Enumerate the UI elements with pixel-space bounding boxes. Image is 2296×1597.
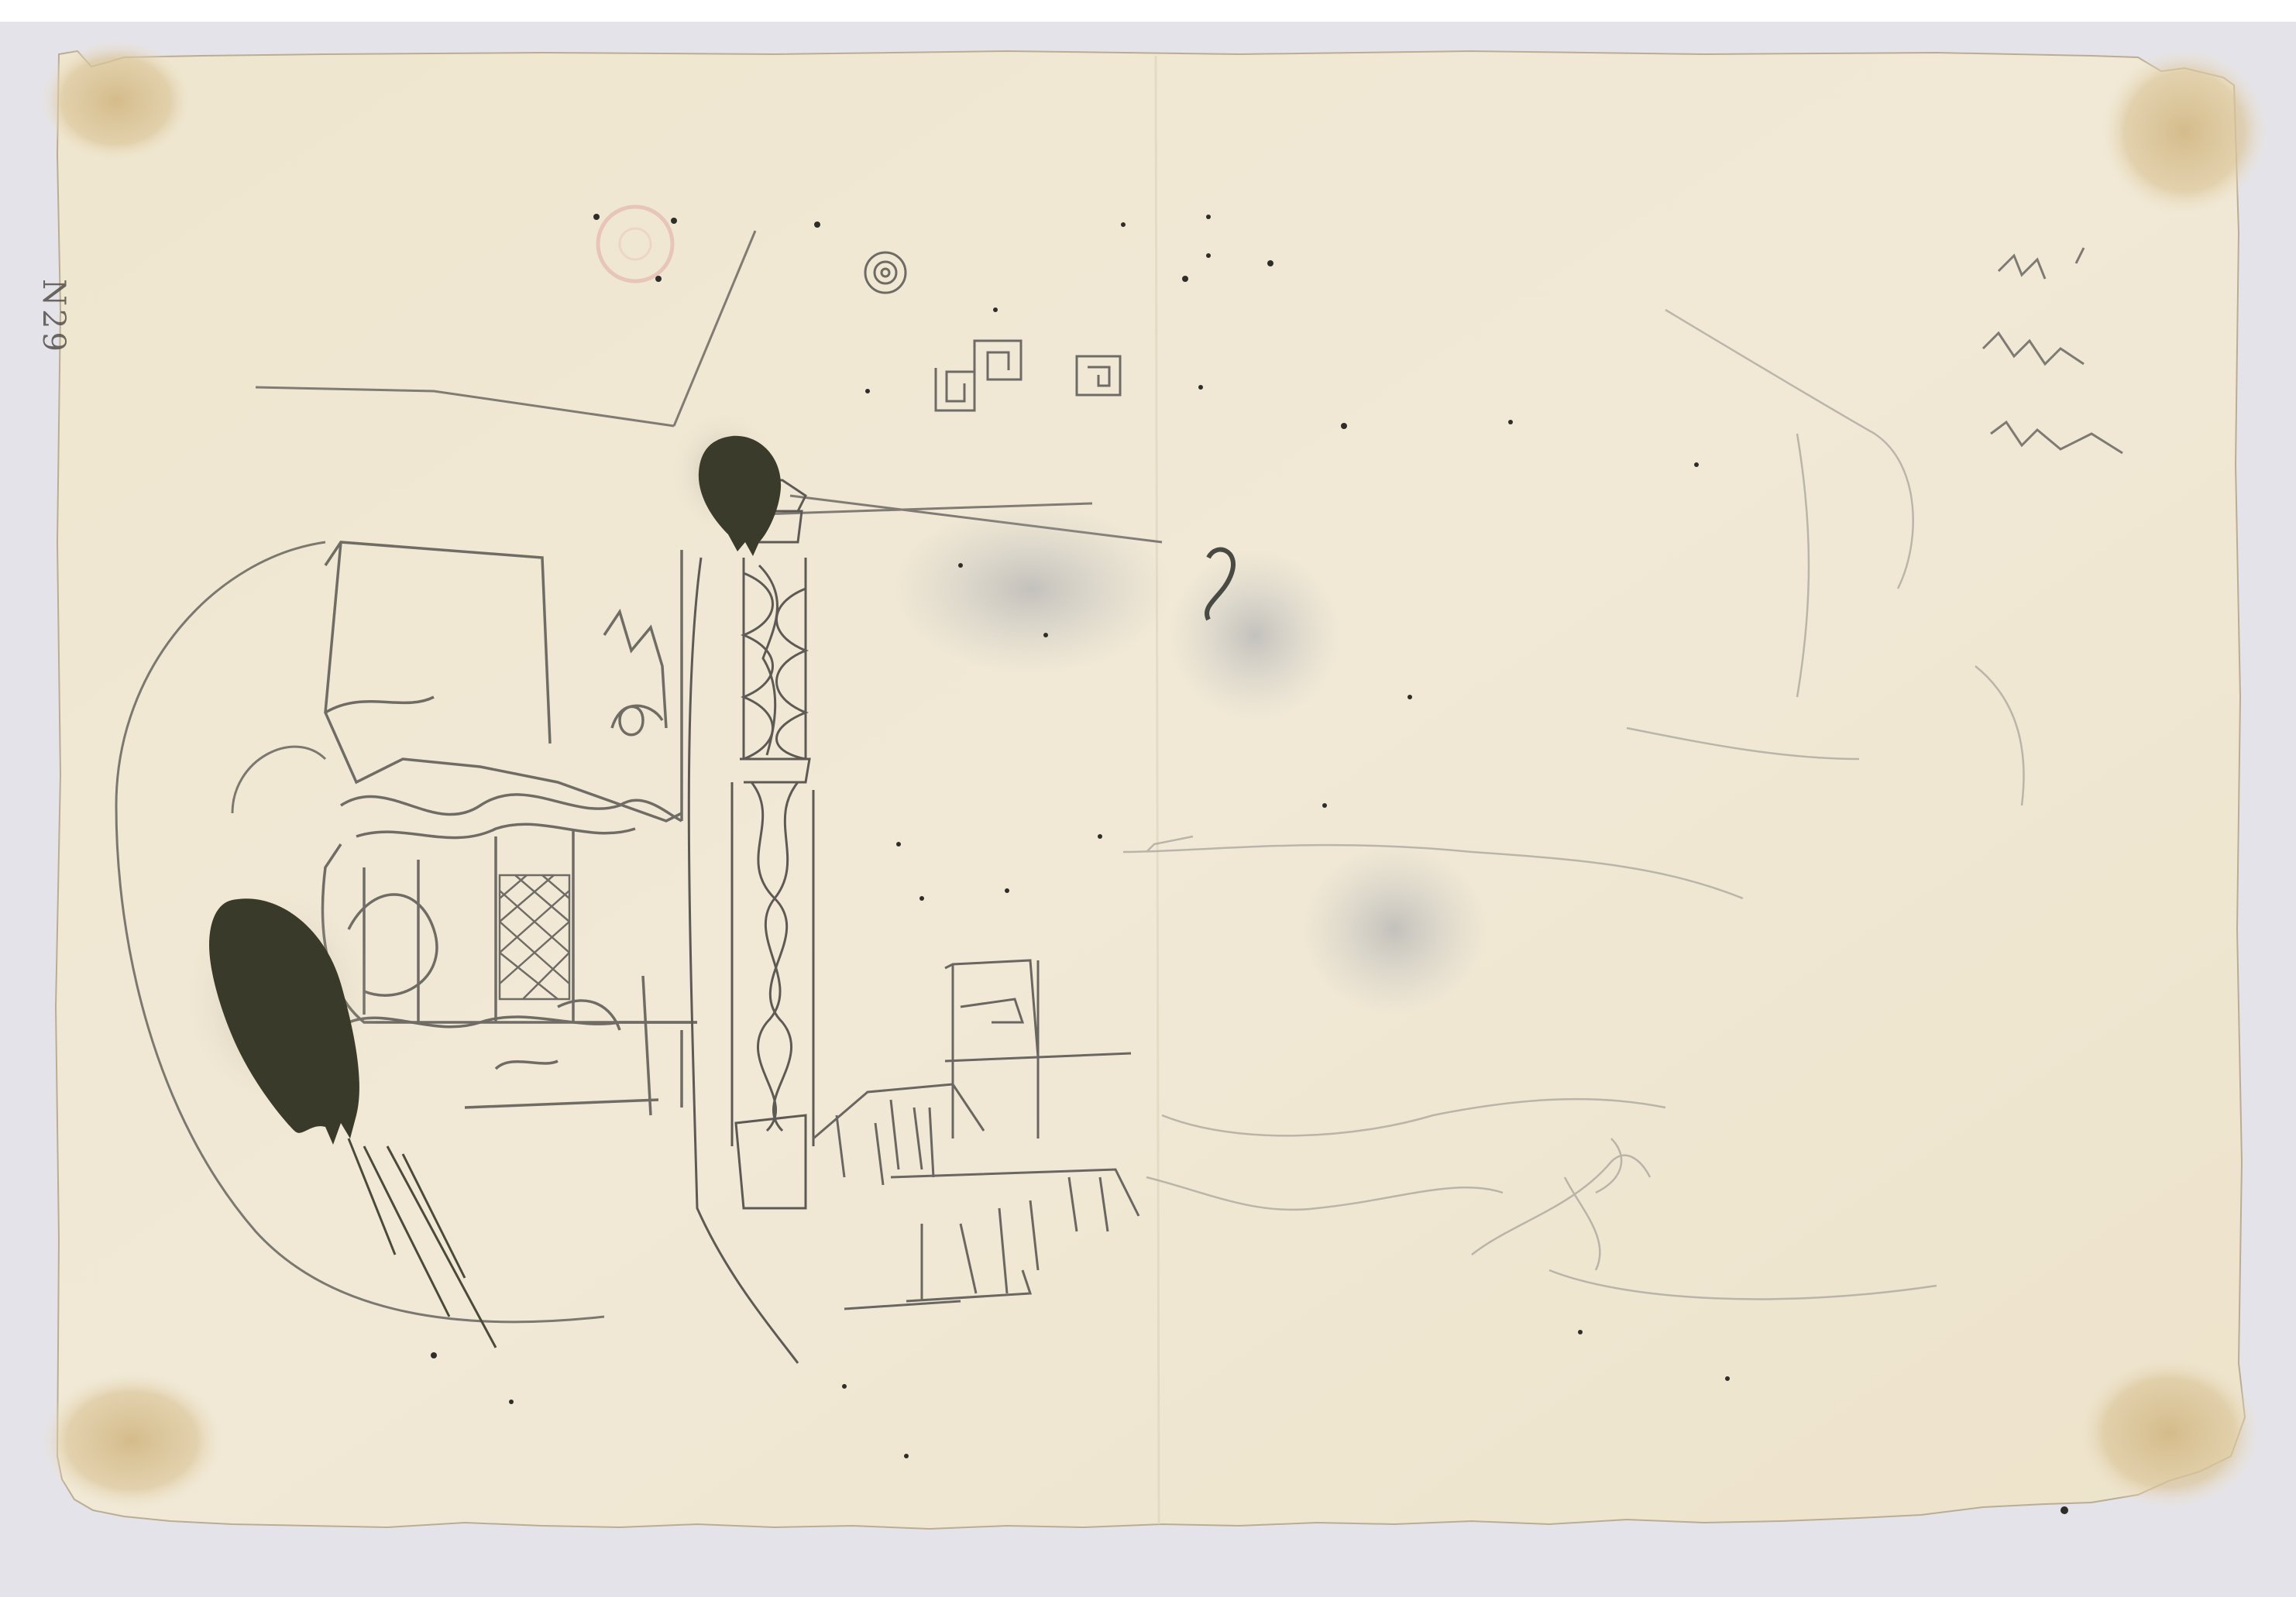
corner-stain-bl	[39, 1371, 225, 1510]
top-strip	[0, 0, 2296, 22]
corner-stain-br	[2076, 1355, 2262, 1510]
scanned-drawing	[0, 0, 2296, 1597]
corner-stain-tl	[39, 39, 194, 163]
corner-stain-tr	[2099, 46, 2270, 217]
grey-wash-2	[1170, 550, 1340, 720]
inventory-inscription: N29	[36, 279, 71, 355]
grey-wash-1	[891, 503, 1170, 674]
grey-wash-3	[1301, 844, 1487, 1015]
